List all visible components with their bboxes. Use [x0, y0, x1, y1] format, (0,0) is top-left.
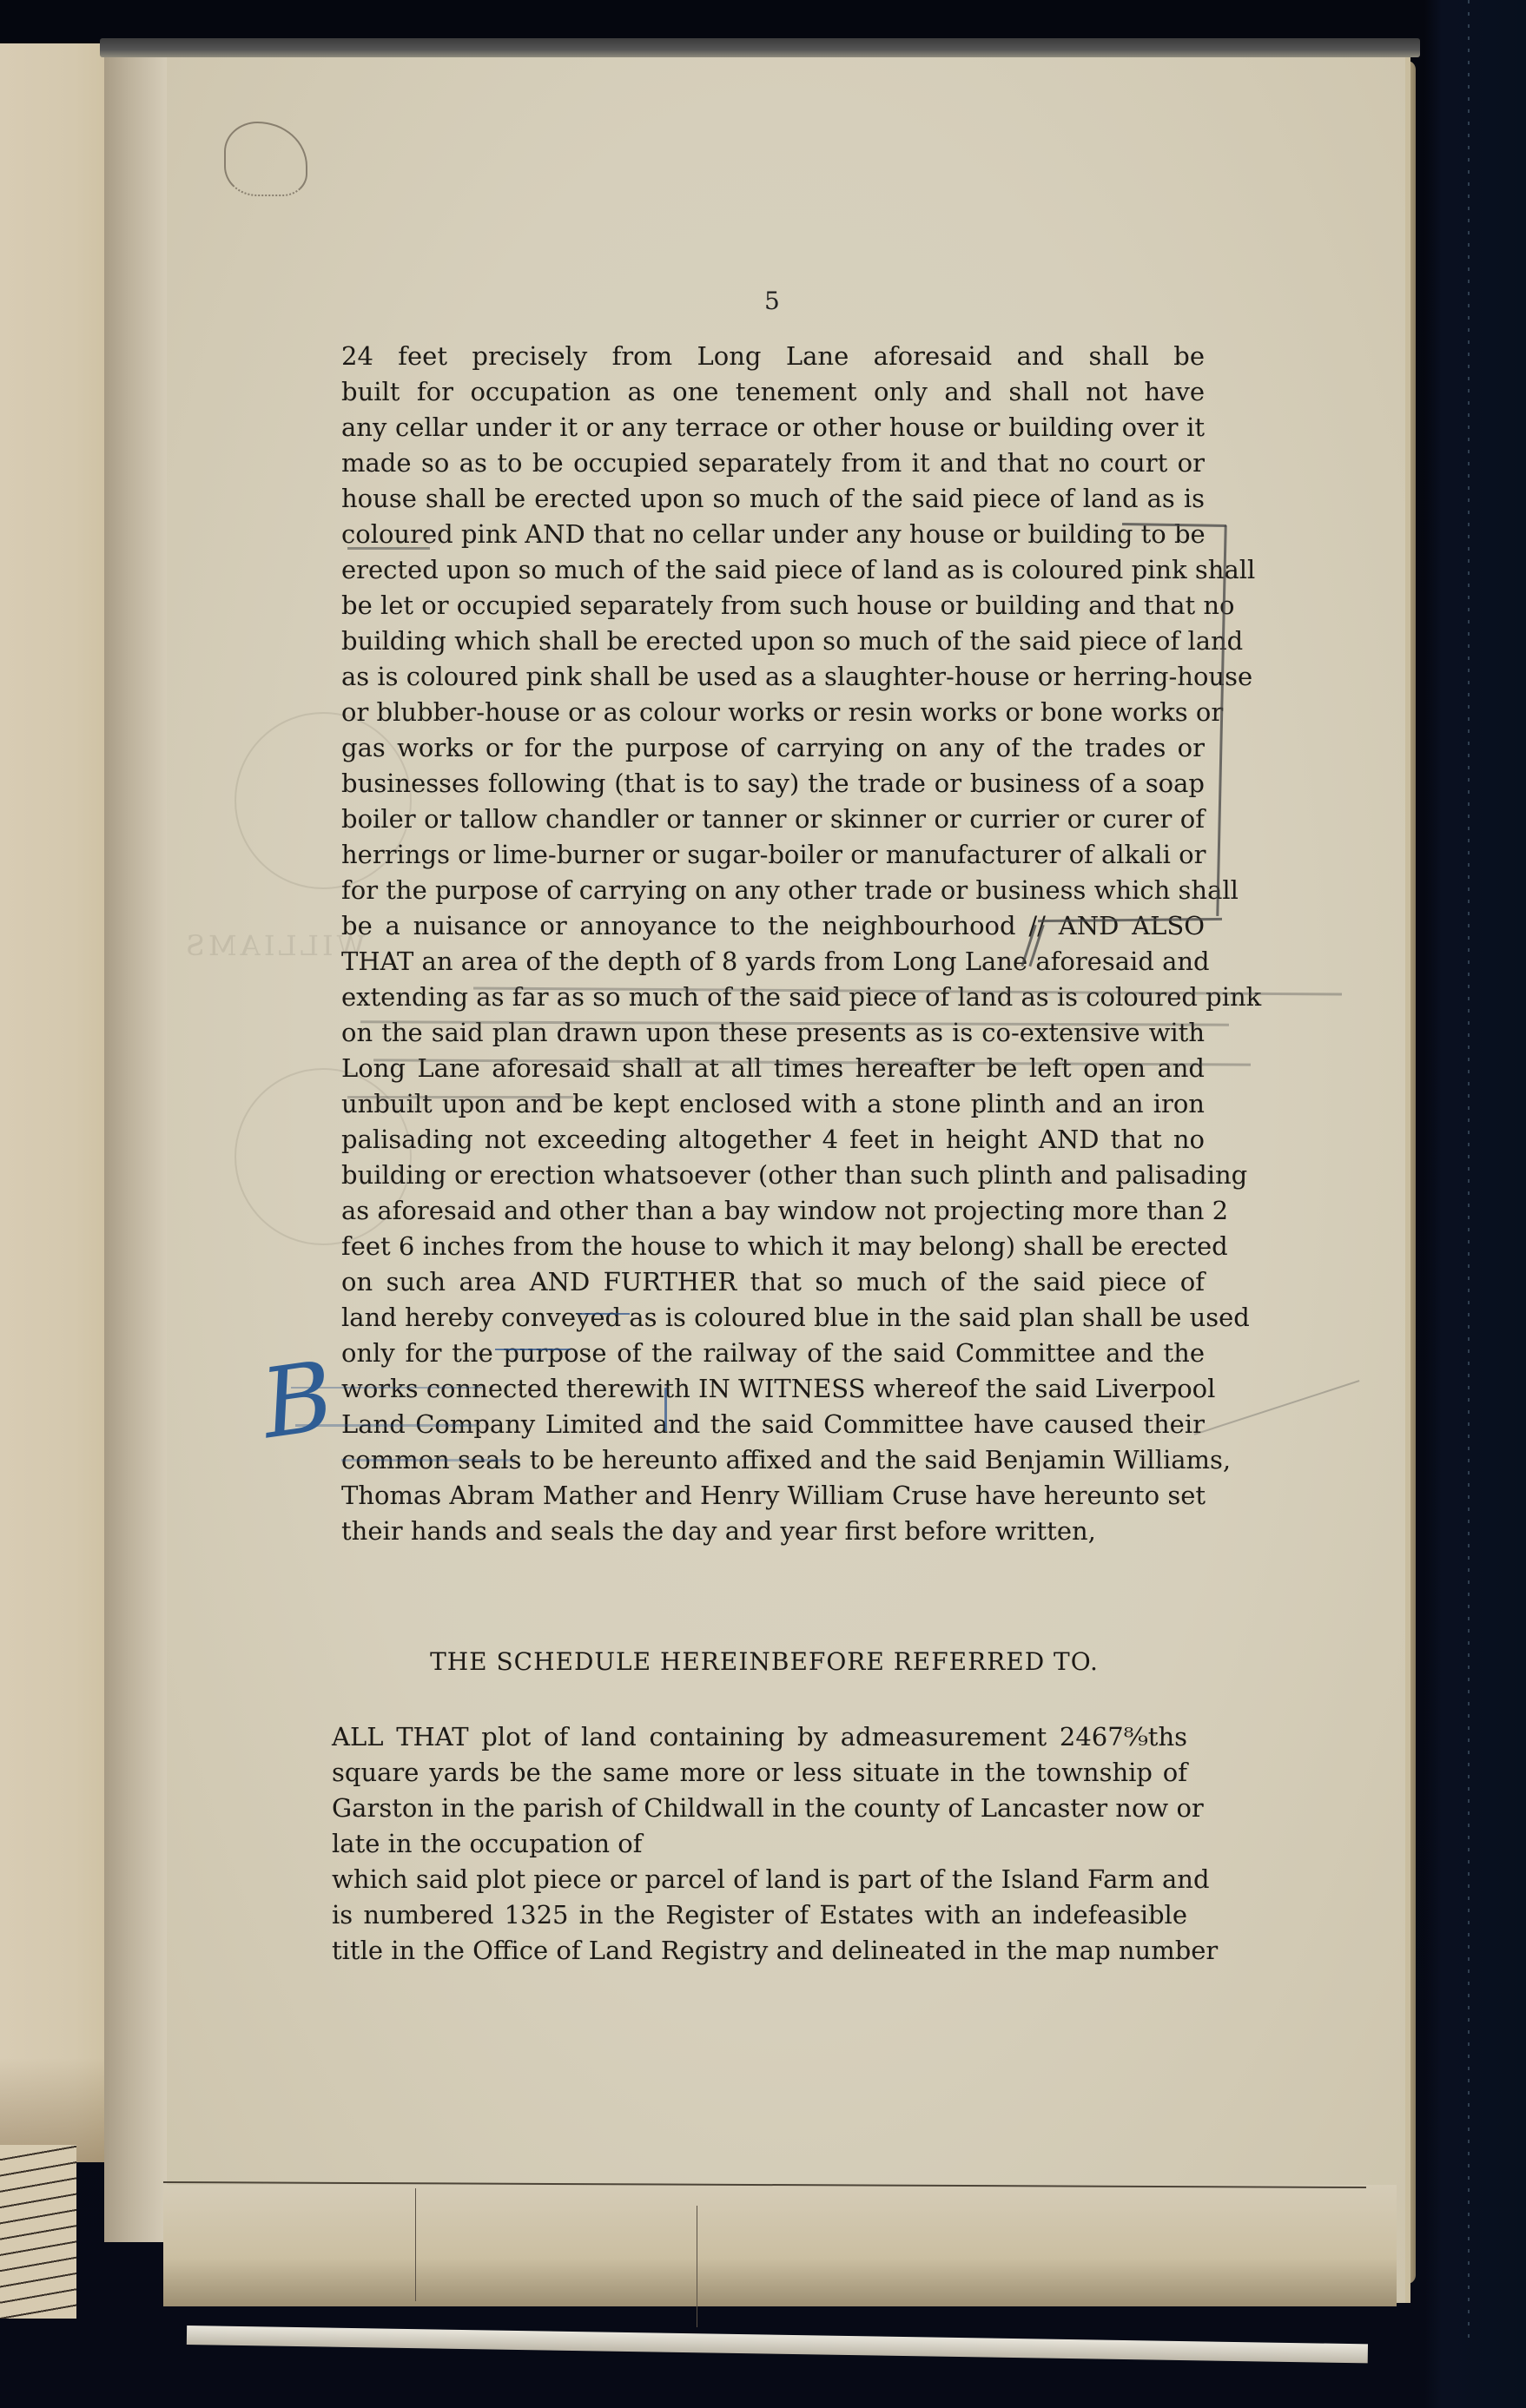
text-line: which said plot piece or parcel of land … [332, 1862, 1187, 1897]
text-line: ALL THAT plot of land containing by adme… [332, 1719, 1187, 1755]
body-text: 24 feet precisely from Long Lane aforesa… [341, 339, 1205, 1549]
text-line: works connected therewith IN WITNESS whe… [341, 1371, 1205, 1407]
page-stack-edges [0, 2145, 76, 2319]
text-line: square yards be the same more or less si… [332, 1755, 1187, 1791]
text-line: built for occupation as one tenement onl… [341, 374, 1205, 410]
text-line: land hereby conveyed as is coloured blue… [341, 1300, 1205, 1336]
binding-strip [100, 38, 1420, 57]
text-line: for the purpose of carrying on any other… [341, 873, 1205, 908]
previous-page-edge [0, 43, 106, 2162]
text-line: THAT an area of the depth of 8 yards fro… [341, 944, 1205, 980]
blue-bracket [664, 1388, 667, 1431]
text-line: be a nuisance or annoyance to the neighb… [341, 908, 1205, 944]
text-line: is numbered 1325 in the Register of Esta… [332, 1897, 1187, 1933]
schedule-heading: THE SCHEDULE HEREINBEFORE REFERRED TO. [395, 1647, 1133, 1676]
text-line: coloured pink AND that no cellar under a… [341, 517, 1205, 552]
cover-stitching [1468, 0, 1470, 2345]
text-line: on such area AND FURTHER that so much of… [341, 1264, 1205, 1300]
gutter-shadow [104, 54, 167, 2242]
blue-underline [495, 1349, 571, 1350]
pencil-underline [347, 547, 430, 550]
text-line: their hands and seals the day and year f… [341, 1514, 1205, 1549]
text-line: any cellar under it or any terrace or ot… [341, 410, 1205, 445]
text-line: unbuilt upon and be kept enclosed with a… [341, 1086, 1205, 1122]
text-line: Long Lane aforesaid shall at all times h… [341, 1051, 1205, 1086]
schedule-text: ALL THAT plot of land containing by adme… [332, 1719, 1187, 1969]
text-line: late in the occupation of [332, 1826, 1187, 1862]
page-bottom-margin [163, 2185, 1397, 2306]
text-line: as is coloured pink shall be used as a s… [341, 659, 1205, 695]
tear-mark [415, 2188, 416, 2301]
text-line: made so as to be occupied separately fro… [341, 445, 1205, 481]
tear-mark [697, 2206, 697, 2327]
text-line: Garston in the parish of Childwall in th… [332, 1791, 1187, 1826]
text-line: gas works or for the purpose of carrying… [341, 730, 1205, 766]
text-line: 24 feet precisely from Long Lane aforesa… [341, 339, 1205, 374]
text-line: boiler or tallow chandler or tanner or s… [341, 802, 1205, 837]
text-line: palisading not exceeding altogether 4 fe… [341, 1122, 1205, 1158]
text-line: erected upon so much of the said piece o… [341, 552, 1205, 588]
text-line: only for the purpose of the railway of t… [341, 1336, 1205, 1371]
blue-underline [341, 1459, 515, 1461]
blue-underline [578, 1313, 630, 1315]
show-through-text: WILLIAMS [182, 929, 365, 962]
text-line: Thomas Abram Mather and Henry William Cr… [341, 1478, 1205, 1514]
text-line: or blubber-house or as colour works or r… [341, 695, 1205, 730]
text-line: building or erection whatsoever (other t… [341, 1158, 1205, 1193]
text-line: title in the Office of Land Registry and… [332, 1933, 1187, 1969]
text-line: extending as far as so much of the said … [341, 980, 1205, 1015]
text-line: building which shall be erected upon so … [341, 623, 1205, 659]
text-line: as aforesaid and other than a bay window… [341, 1193, 1205, 1229]
text-line: feet 6 inches from the house to which it… [341, 1229, 1205, 1264]
text-line: herrings or lime-burner or sugar-boiler … [341, 837, 1205, 873]
text-line: house shall be erected upon so much of t… [341, 481, 1205, 517]
text-line: businesses following (that is to say) th… [341, 766, 1205, 802]
text-line: be let or occupied separately from such … [341, 588, 1205, 623]
pencil-underline [347, 1096, 573, 1098]
page-number: 5 [764, 287, 780, 315]
